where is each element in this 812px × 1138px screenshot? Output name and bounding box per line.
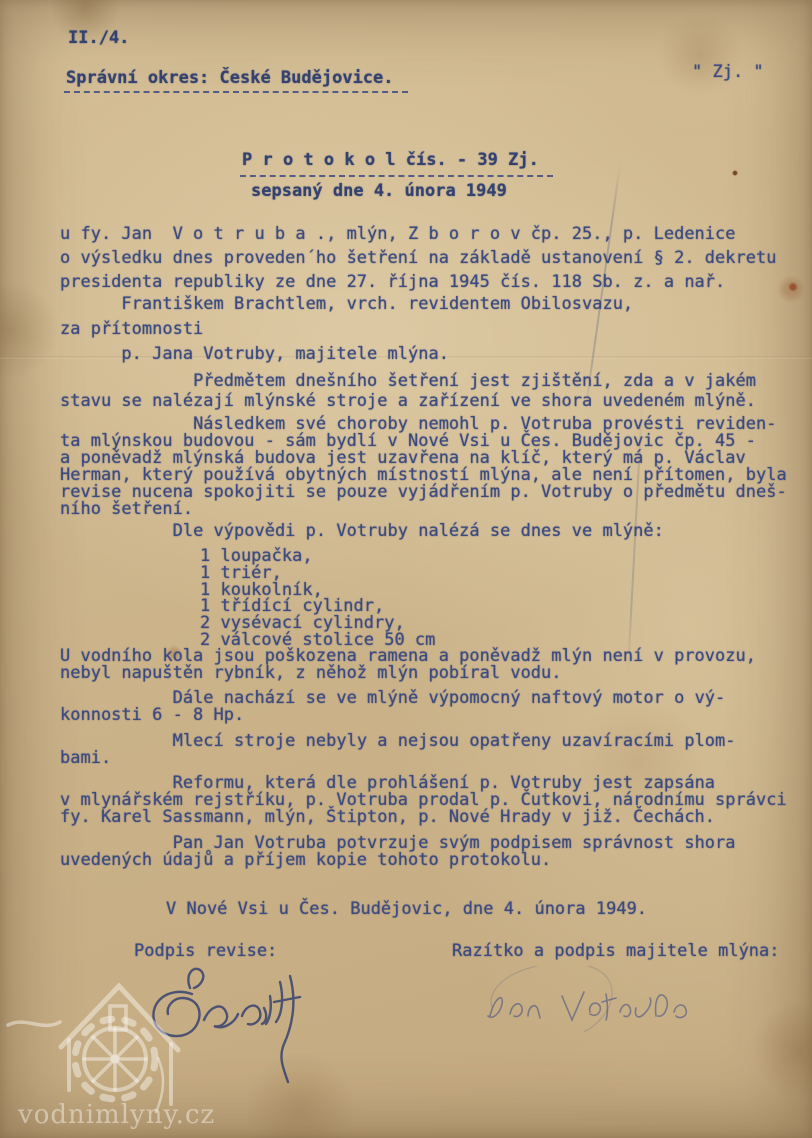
- watermill-watermark-icon: vodnimlyny.cz: [6, 972, 221, 1132]
- paragraph: Reformu, která dle prohlášení p. Votruby…: [60, 775, 808, 826]
- district-line: Správní okres: České Budějovice.: [64, 68, 408, 93]
- paragraph: Františkem Brachtlem, vrch. revidentem O…: [60, 296, 808, 313]
- paragraph: Pan Jan Votruba potvrzuje svým podpisem …: [60, 835, 808, 869]
- paragraph: u fy. Jan V o t r u b a ., mlýn, Z b o r…: [60, 222, 808, 294]
- reference-number: II./4.: [68, 28, 129, 48]
- paragraph: Předmětem dnešního šetření jest zjištění…: [60, 371, 808, 411]
- paragraph: U vodního kola jsou poškozena ramena a p…: [60, 648, 808, 682]
- place-date-line: V Nové Vsi u Čes. Budějovic, dne 4. únor…: [166, 899, 647, 919]
- paragraph: Následkem své choroby nemohl p. Votruba …: [60, 416, 808, 518]
- inventory-list: 1 loupačka,1 triér,1 koukolník,1 třídící…: [200, 548, 435, 649]
- paragraph: Dle výpovědi p. Votruby nalézá se dnes v…: [60, 523, 808, 540]
- document-subtitle: sepsaný dne 4. února 1949: [251, 181, 507, 201]
- signature-label-owner: Razítko a podpis majitele mlýna:: [452, 941, 780, 961]
- signature-owner-handwriting: [462, 966, 712, 1041]
- paragraph: p. Jana Votruby, majitele mlýna.: [60, 346, 808, 363]
- scanned-document-page: II./4. Správní okres: České Budějovice. …: [0, 0, 812, 1138]
- paragraph: Mlecí stroje nebyly a nejsou opatřeny uz…: [60, 733, 808, 767]
- file-mark: " Zj. ": [692, 62, 764, 82]
- pencil-scrawl: [491, 966, 612, 1032]
- paragraph: Dále nachází se ve mlýně výpomocný nafto…: [60, 690, 808, 724]
- paragraph: za přítomnosti: [60, 321, 808, 338]
- watermark-text: vodnimlyny.cz: [17, 1100, 215, 1130]
- document-title: P r o t o k o l čís. - 39 Zj.: [240, 150, 553, 177]
